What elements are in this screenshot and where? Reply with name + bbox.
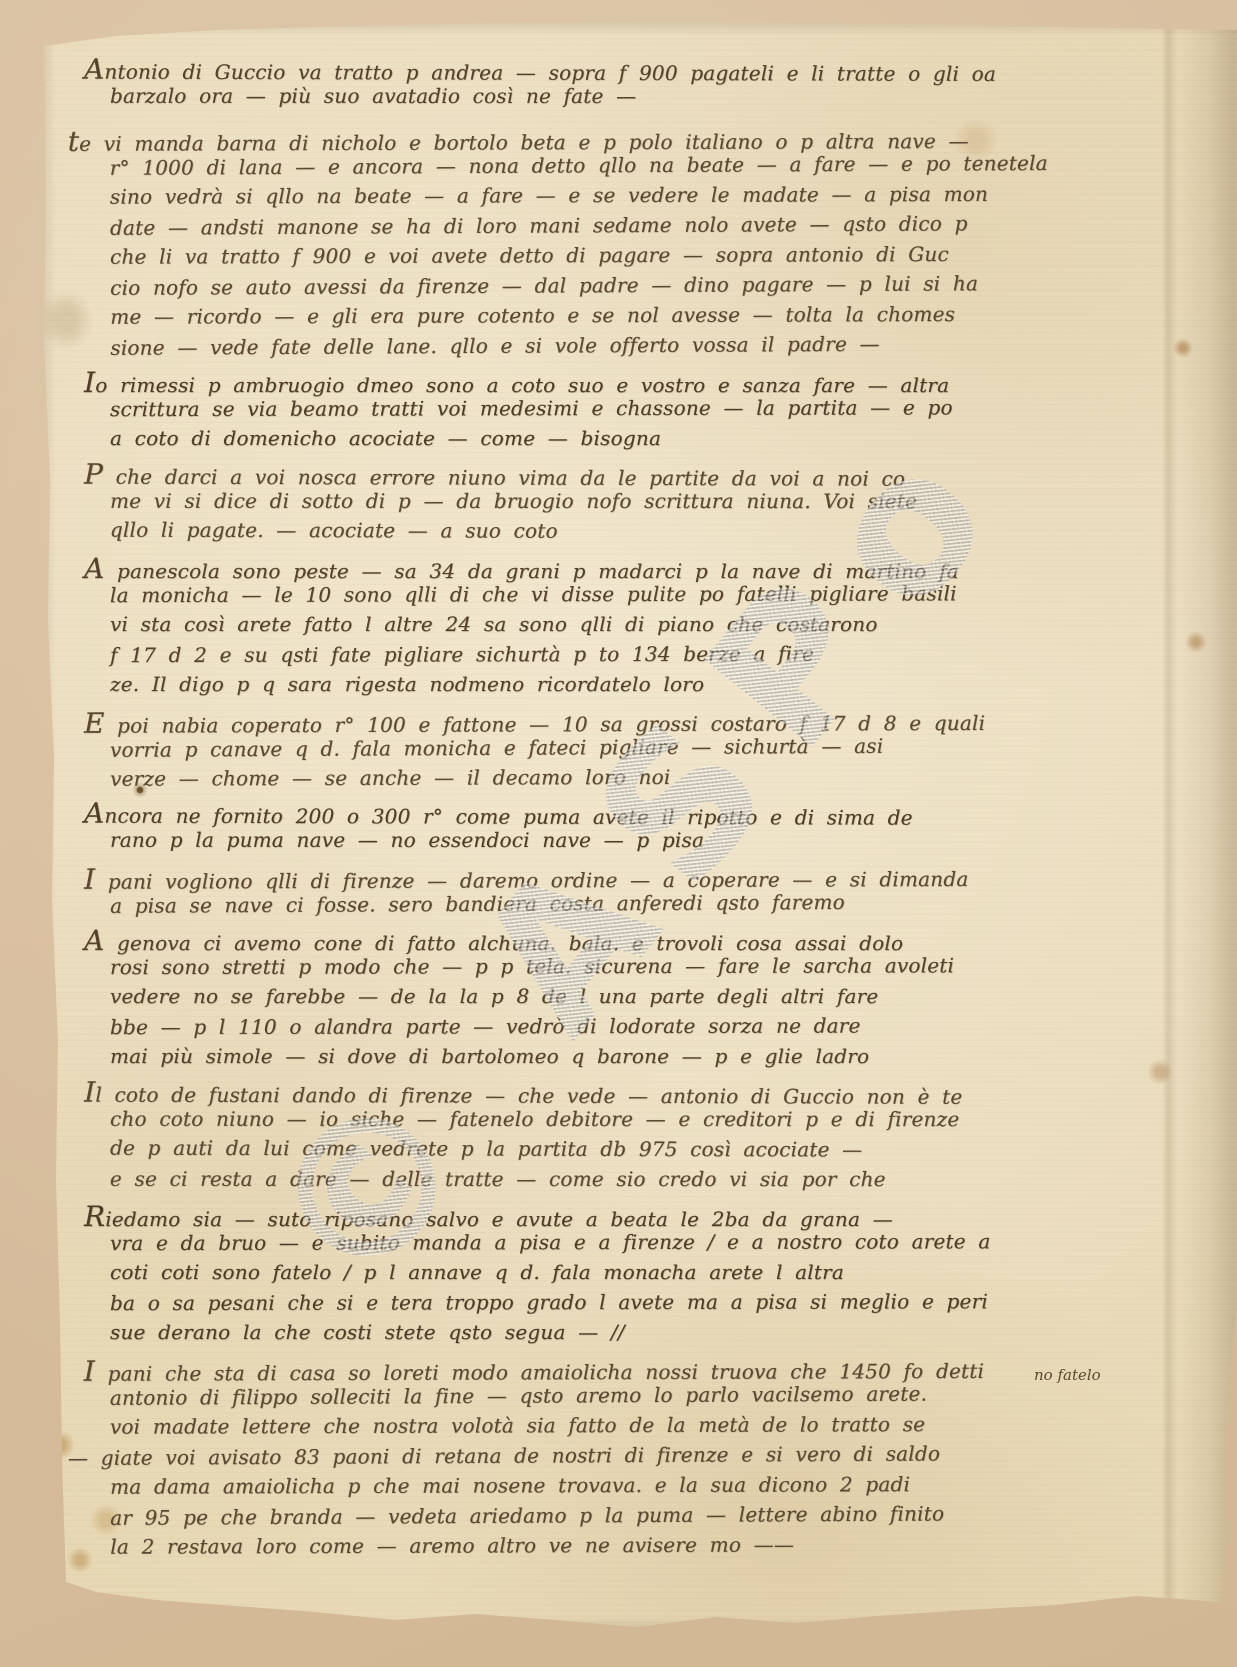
manuscript-line: antonio di filippo solleciti la fine — q… (110, 1380, 1212, 1416)
manuscript-line: de p auti da lui come vedrete p la parti… (110, 1136, 1212, 1169)
manuscript-line: voi madate lettere che nostra volotà sia… (110, 1411, 1212, 1444)
manuscript-line: sione — vede fate delle lane. qllo e si … (110, 330, 1212, 366)
manuscript-line: cho coto niuno — io siche — fatenelo deb… (110, 1107, 1212, 1137)
manuscript-line: vi sta così arete fatto l altre 24 sa so… (110, 612, 1212, 642)
manuscript-line: rano p la puma nave — no essendoci nave … (110, 828, 1212, 858)
manuscript-line: a pisa se nave ci fosse. sero bandiera c… (110, 888, 1212, 924)
manuscript-line: la 2 restava loro come — aremo altro ve … (110, 1531, 1212, 1564)
manuscript-line: Antonio di Guccio va tratto p andrea — s… (84, 53, 1212, 86)
manuscript-line: vra e da bruo — e subito manda a pisa e … (110, 1229, 1212, 1261)
manuscript-line: cio nofo se auto avessi da firenze — dal… (110, 270, 1212, 306)
interline-insertion-note: no fatelo (1034, 1366, 1101, 1384)
manuscript-scan: { "manuscript": { "description_label": "… (0, 0, 1237, 1667)
manuscript-line: A panescola sono peste — sa 34 da grani … (84, 552, 1212, 582)
manuscript-line: f 17 d 2 e su qsti fate pigliare sichurt… (110, 641, 1212, 673)
manuscript-paragraph: Io rimessi p ambruogio dmeo sono a coto … (84, 366, 1212, 456)
manuscript-line: me vi si dice di sotto di p — da bruogio… (110, 489, 1212, 519)
manuscript-line: verze — chome — se anche — il decamo lor… (110, 763, 1212, 796)
manuscript-line: ze. Il digo p q sara rigesta nodmeno ric… (110, 672, 1212, 702)
manuscript-line: ba o sa pesani che si e tera troppo grad… (110, 1289, 1212, 1321)
manuscript-line: vorria p canave q d. fala monicha e fate… (110, 732, 1212, 768)
manuscript-line: ar 95 pe che branda — vedeta ariedamo p … (110, 1500, 1212, 1536)
manuscript-paragraph: A panescola sono peste — sa 34 da grani … (84, 552, 1212, 702)
manuscript-line: che li va tratto f 900 e voi avete detto… (110, 241, 1212, 274)
manuscript-line: qllo li pagate. — acociate — a suo coto (110, 518, 1212, 551)
manuscript-line: Riedamo sia — suto riposano salvo e avut… (84, 1200, 1212, 1230)
manuscript-line: — giate voi avisato 83 paoni di retana d… (68, 1440, 1212, 1476)
manuscript-line: barzalo ora — più suo avatadio così ne f… (110, 84, 1212, 114)
manuscript-paragraph: A genova ci avemo cone di fatto alchuna.… (84, 924, 1212, 1074)
manuscript-line: Il coto de fustani dando di firenze — ch… (84, 1076, 1212, 1109)
manuscript-paragraph: P che darci a voi nosca errore niuno vim… (84, 458, 1212, 551)
manuscript-paragraph: Ancora ne fornito 200 o 300 r° come puma… (84, 797, 1212, 860)
manuscript-line: a coto di domenicho acociate — come — bi… (110, 426, 1212, 456)
manuscript-line: scrittura se via beamo tratti voi medesi… (110, 395, 1212, 427)
manuscript-line: bbe — p l 110 o alandra parte — vedrò di… (110, 1013, 1212, 1045)
manuscript-line: la monicha — le 10 sono qlli di che vi d… (110, 581, 1212, 613)
manuscript-line: r° 1000 di lana — e ancora — nona detto … (110, 150, 1212, 186)
manuscript-line: vedere no se farebbe — de la la p 8 de l… (110, 984, 1212, 1014)
manuscript-paragraph: Il coto de fustani dando di firenze — ch… (84, 1076, 1212, 1199)
manuscript-line: me — ricordo — e gli era pure cotento e … (110, 301, 1212, 334)
manuscript-paragraph: E poi nabia coperato r° 100 e fattone — … (84, 703, 1212, 797)
manuscript-line: rosi sono stretti p modo che — p p tela.… (110, 953, 1212, 985)
manuscript-line: P che darci a voi nosca errore niuno vim… (84, 458, 1212, 491)
manuscript-line: Io rimessi p ambruogio dmeo sono a coto … (84, 366, 1212, 396)
manuscript-paragraph: Riedamo sia — suto riposano salvo e avut… (84, 1200, 1212, 1350)
manuscript-line: I pani vogliono qlli di firenze — daremo… (84, 859, 1212, 893)
manuscript-line: e se ci resta a dare — delle tratte — co… (110, 1167, 1212, 1197)
manuscript-paragraph: Antonio di Guccio va tratto p andrea — s… (84, 53, 1212, 116)
manuscript-line: E poi nabia coperato r° 100 e fattone — … (84, 703, 1212, 737)
manuscript-line: date — andsti manone se ha di loro mani … (110, 210, 1212, 246)
manuscript-line: A genova ci avemo cone di fatto alchuna.… (84, 924, 1212, 954)
manuscript-line: sue derano la che costi stete qsto segua… (110, 1320, 1212, 1350)
manuscript-line: coti coti sono fatelo / p l annave q d. … (110, 1260, 1212, 1290)
manuscript-line: Ancora ne fornito 200 o 300 r° come puma… (84, 797, 1212, 830)
manuscript-paper: Antonio di Guccio va tratto p andrea — s… (36, 20, 1237, 1635)
manuscript-line: sino vedrà si qllo na beate — a fare — e… (110, 181, 1212, 214)
manuscript-text: Antonio di Guccio va tratto p andrea — s… (84, 54, 1212, 1566)
manuscript-paragraph: I pani vogliono qlli di firenze — daremo… (84, 859, 1212, 923)
manuscript-line: te vi manda barna di nicholo e bortolo b… (68, 121, 1212, 155)
manuscript-line: mai più simole — si dove di bartolomeo q… (110, 1044, 1212, 1074)
manuscript-paragraph: te vi manda barna di nicholo e bortolo b… (84, 121, 1213, 365)
manuscript-line: ma dama amaiolicha p che mai nosene trov… (110, 1471, 1212, 1504)
